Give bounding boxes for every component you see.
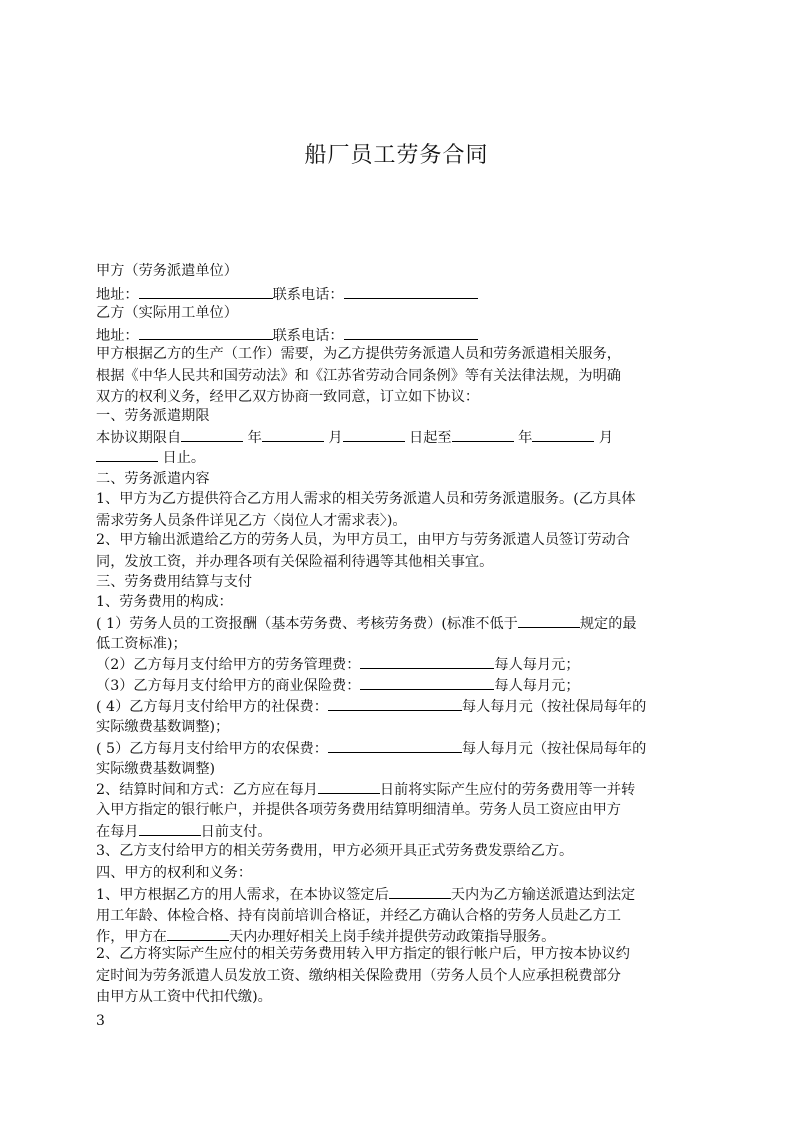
settlement-line: 2、结算时间和方式：乙方应在每月日前将实际产生应付的劳务费用等一并转 — [96, 779, 635, 799]
preamble-line: 根据《中华人民共和国劳动法》和《江苏省劳动合同条例》等有关法律法规，为明确 — [96, 367, 621, 385]
settlement-text: 在每月 — [96, 824, 139, 840]
fee-item-text: 实际缴费基数调整)； — [96, 718, 229, 736]
fee-item-text: 规定的最 — [580, 616, 637, 632]
fee-item-text: 每人每月元； — [494, 657, 579, 673]
start-year-field[interactable] — [181, 427, 243, 442]
management-fee-field[interactable] — [360, 654, 494, 669]
party-b-contact-line: 地址：联系电话： — [96, 325, 478, 345]
year-label: 年 — [243, 430, 262, 446]
fee-item-4: ( 4）乙方每月支付给甲方的社保费：每人每月元（按社保局每年的 — [96, 696, 646, 716]
preamble-line: 双方的权利义务，经甲乙双方协商一致同意，订立如下协议： — [96, 388, 479, 406]
party-b-phone-label: 联系电话： — [273, 328, 344, 344]
preamble-line: 甲方根据乙方的生产（工作）需要，为乙方提供劳务派遣人员和劳务派遣相关服务， — [96, 345, 621, 363]
fee-item-text: 低工资标准)； — [96, 635, 187, 653]
month-label: 月 — [594, 430, 613, 446]
settlement-text: 入甲方指定的银行帐户，并提供各项劳务费用结算明细清单。劳务人员工资应由甲方 — [96, 801, 621, 819]
start-day-field[interactable] — [343, 427, 405, 442]
section-3-heading: 三、劳务费用结算与支付 — [96, 573, 252, 591]
party-b-address-field[interactable] — [139, 325, 273, 340]
party-b-address-label: 地址： — [96, 328, 139, 344]
section-2-text: 2、甲方输出派遣给乙方的劳务人员，为甲方员工，由甲方与劳务派遣人员签订劳动合 — [96, 531, 630, 549]
end-day-label: 日止。 — [158, 450, 205, 466]
obligation-text: 天内办理好相关上岗手续并提供劳动政策指导服务。 — [229, 929, 555, 945]
party-a-phone-label: 联系电话： — [273, 287, 344, 303]
commercial-insurance-field[interactable] — [360, 675, 494, 690]
party-a-address-field[interactable] — [139, 284, 273, 299]
end-year-field[interactable] — [452, 427, 514, 442]
term-line: 本协议期限自 年 月 日起至 年 月 — [96, 427, 613, 447]
wage-day-field[interactable] — [139, 821, 201, 836]
party-b-label: 乙方（实际用工单位） — [96, 304, 238, 322]
end-day-field[interactable] — [96, 447, 158, 462]
section-2-text: 同，发放工资，并办理各项有关保险福利待遇等其他相关事宜。 — [96, 553, 493, 571]
year-label: 年 — [514, 430, 533, 446]
section-2-text: 1、甲方为乙方提供符合乙方用人需求的相关劳务派遣人员和劳务派遣服务。(乙方具体 — [96, 490, 636, 508]
settlement-text: 日前将实际产生应付的劳务费用等一并转 — [380, 782, 635, 798]
obligation-1-line3: 作，甲方在天内办理好相关上岗手续并提供劳动政策指导服务。 — [96, 926, 555, 946]
fee-item-text: 每人每月元； — [494, 678, 579, 694]
wage-payment-line: 在每月日前支付。 — [96, 821, 272, 841]
fee-item-3: （3）乙方每月支付给甲方的商业保险费：每人每月元； — [96, 675, 580, 695]
settlement-text: 日前支付。 — [201, 824, 272, 840]
party-a-phone-field[interactable] — [344, 284, 478, 299]
until-label: 日起至 — [405, 430, 452, 446]
settlement-text: 2、结算时间和方式：乙方应在每月 — [96, 782, 318, 798]
end-month-field[interactable] — [532, 427, 594, 442]
party-b-phone-field[interactable] — [344, 325, 478, 340]
start-month-field[interactable] — [262, 427, 324, 442]
term-start-text: 本协议期限自 — [96, 430, 181, 446]
fee-item-2: （2）乙方每月支付给甲方的劳务管理费：每人每月元； — [96, 654, 580, 674]
fee-item-1: ( 1）劳务人员的工资报酬（基本劳务费、考核劳务费）(标准不低于规定的最 — [96, 613, 637, 633]
month-label: 月 — [324, 430, 343, 446]
obligation-text: 2、乙方将实际产生应付的相关劳务费用转入甲方指定的银行帐户后，甲方按本协议约 — [96, 945, 630, 963]
invoice-text: 3、乙方支付给甲方的相关劳务费用，甲方必须开具正式劳务费发票给乙方。 — [96, 842, 573, 860]
section-4-heading: 四、甲方的权利和义务： — [96, 864, 252, 882]
party-a-label: 甲方（劳务派遣单位） — [96, 262, 238, 280]
fee-item-text: 每人每月元（按社保局每年的 — [462, 741, 646, 757]
party-a-contact-line: 地址：联系电话： — [96, 284, 478, 304]
obligation-text: 用工年龄、体检合格、持有岗前培训合格证，并经乙方确认合格的劳务人员赴乙方工 — [96, 907, 621, 925]
obligation-text: 由甲方从工资中代扣代缴)。 — [96, 988, 272, 1006]
dispatch-days-field[interactable] — [389, 884, 451, 899]
document-title: 船厂员工劳务合同 — [0, 138, 793, 169]
obligation-1-line: 1、甲方根据乙方的用人需求，在本协议签定后天内为乙方输送派遣达到法定 — [96, 884, 635, 904]
onboarding-days-field[interactable] — [167, 926, 229, 941]
rural-insurance-field[interactable] — [328, 738, 462, 753]
section-3-subheading: 1、劳务费用的构成： — [96, 593, 233, 611]
fee-item-text: 每人每月元（按社保局每年的 — [462, 699, 646, 715]
fee-item-text: ( 4）乙方每月支付给甲方的社保费： — [96, 699, 328, 715]
page-number: 3 — [96, 1013, 105, 1029]
fee-item-5: ( 5）乙方每月支付给甲方的农保费：每人每月元（按社保局每年的 — [96, 738, 646, 758]
party-a-address-label: 地址： — [96, 287, 139, 303]
term-end-line: 日止。 — [96, 447, 205, 467]
settlement-day-field[interactable] — [318, 779, 380, 794]
fee-item-text: ( 5）乙方每月支付给甲方的农保费： — [96, 741, 328, 757]
obligation-text: 定时间为劳务派遣人员发放工资、缴纳相关保险费用（劳务人员个人应承担税费部分 — [96, 967, 621, 985]
obligation-text: 天内为乙方输送派遣达到法定 — [451, 887, 635, 903]
fee-item-text: ( 1）劳务人员的工资报酬（基本劳务费、考核劳务费）(标准不低于 — [96, 616, 518, 632]
section-2-text: 需求劳务人员条件详见乙方〈岗位人才需求表〉)。 — [96, 512, 407, 530]
social-insurance-field[interactable] — [328, 696, 462, 711]
wage-standard-field[interactable] — [518, 613, 580, 628]
obligation-text: 1、甲方根据乙方的用人需求，在本协议签定后 — [96, 887, 389, 903]
section-2-heading: 二、劳务派遣内容 — [96, 470, 210, 488]
section-1-heading: 一、劳务派遣期限 — [96, 407, 210, 425]
fee-item-text: （2）乙方每月支付给甲方的劳务管理费： — [96, 657, 360, 673]
fee-item-text: 实际缴费基数调整) — [96, 760, 215, 778]
obligation-text: 作，甲方在 — [96, 929, 167, 945]
fee-item-text: （3）乙方每月支付给甲方的商业保险费： — [96, 678, 360, 694]
